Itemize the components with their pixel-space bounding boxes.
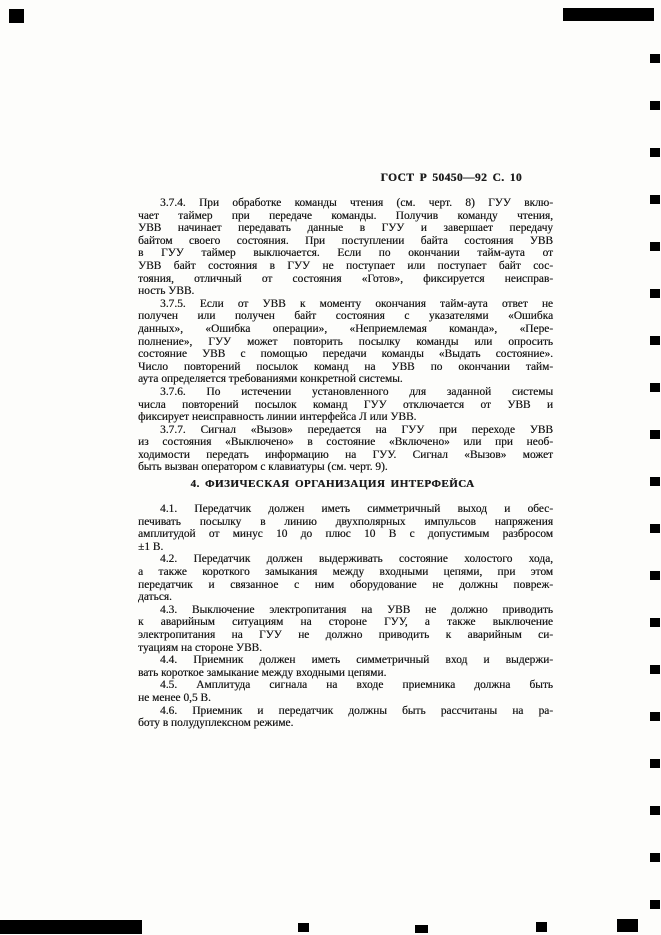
scan-mark (650, 853, 660, 862)
scan-mark (536, 922, 547, 932)
text-line: вать короткое замыкание между входными ц… (138, 667, 553, 680)
scan-mark (650, 101, 660, 110)
text-line: фиксирует неисправность линии интерфейса… (138, 411, 553, 424)
scan-mark (650, 430, 660, 439)
text-line: туациям на стороне УВВ. (138, 642, 553, 655)
paragraph-3.7.4: 3.7.4. При обработке команды чтения (см.… (138, 197, 553, 298)
text-line: полнение», ГУУ может повторить посылку к… (138, 336, 553, 349)
paragraph-3.7.6: 3.7.6. По истечении установленного для з… (138, 386, 553, 424)
scan-mark (650, 336, 660, 345)
text-line: ходимости передать информацию на ГУУ. Си… (138, 449, 553, 462)
scan-mark (650, 806, 660, 815)
paragraph-4.6: 4.6. Приемник и передатчик должны быть р… (138, 705, 553, 730)
text-line: даться. (138, 591, 553, 604)
text-line: аута определяется требованиями конкретно… (138, 373, 553, 386)
scan-mark (650, 195, 660, 204)
text-line: 3.7.4. При обработке команды чтения (см.… (138, 197, 553, 210)
scan-mark (650, 712, 660, 721)
scan-mark (650, 383, 660, 392)
text-line: боту в полудуплексном режиме. (138, 717, 553, 730)
text-line: чает таймер при передаче команды. Получи… (138, 210, 553, 223)
scan-mark (650, 618, 660, 627)
scan-mark (650, 289, 660, 298)
scan-mark (650, 477, 660, 486)
text-line: 4.1. Передатчик должен иметь симметричны… (138, 503, 553, 516)
text-line: быть вызван оператором с клавиатуры (см.… (138, 461, 553, 474)
page-header: ГОСТ Р 50450—92 С. 10 (138, 172, 553, 184)
text-line: из состояния «Выключено» в состояние «Вк… (138, 436, 553, 449)
scan-mark (0, 920, 142, 934)
text-line: передатчик и связанное с ним оборудовани… (138, 579, 553, 592)
text-line: числа повторений посылок команд ГУУ откл… (138, 399, 553, 412)
scan-mark (650, 148, 660, 157)
section-heading: 4. ФИЗИЧЕСКАЯ ОРГАНИЗАЦИЯ ИНТЕРФЕЙСА (138, 478, 553, 491)
text-line: 3.7.5. Если от УВВ к моменту окончания т… (138, 298, 553, 311)
text-line: 4.3. Выключение электропитания на УВВ не… (138, 604, 553, 617)
text-line: не менее 0,5 В. (138, 692, 553, 705)
text-line: данных», «Ошибка операции», «Неприемлема… (138, 323, 553, 336)
text-column: ГОСТ Р 50450—92 С. 10 3.7.4. При обработ… (138, 172, 553, 730)
text-line: 4.4. Приемник должен иметь симметричный … (138, 654, 553, 667)
text-line: состояние УВВ с помощью передачи команды… (138, 348, 553, 361)
text-line: амплитудой от минус 10 до плюс 10 В с до… (138, 528, 553, 541)
text-line: а также короткого замыкания между входны… (138, 566, 553, 579)
text-line: ±1 В. (138, 541, 553, 554)
document-body: 3.7.4. При обработке команды чтения (см.… (138, 197, 553, 730)
paragraph-4.1: 4.1. Передатчик должен иметь симметричны… (138, 503, 553, 553)
scan-mark (650, 900, 660, 909)
text-line: байтом своего состояния. При поступлении… (138, 235, 553, 248)
text-line: 4.5. Амплитуда сигнала на входе приемник… (138, 679, 553, 692)
text-line: 4.6. Приемник и передатчик должны быть р… (138, 705, 553, 718)
scan-mark (617, 919, 638, 932)
scan-mark (298, 923, 309, 932)
text-line: 4.2. Передатчик должен выдерживать состо… (138, 553, 553, 566)
scan-mark (9, 9, 24, 23)
paragraph-4.3: 4.3. Выключение электропитания на УВВ не… (138, 604, 553, 654)
document-page: ГОСТ Р 50450—92 С. 10 3.7.4. При обработ… (0, 0, 661, 935)
text-line: УВВ начинает передавать данные в ГУУ и з… (138, 222, 553, 235)
scan-mark (650, 242, 660, 251)
paragraph-4.2: 4.2. Передатчик должен выдерживать состо… (138, 553, 553, 603)
paragraph-3.7.5: 3.7.5. Если от УВВ к моменту окончания т… (138, 298, 553, 386)
text-line: электропитания на ГУУ не должно приводит… (138, 629, 553, 642)
paragraph-4.4: 4.4. Приемник должен иметь симметричный … (138, 654, 553, 679)
text-line: к аварийным ситуациям на стороне ГУУ, а … (138, 616, 553, 629)
scan-mark (650, 665, 660, 674)
text-line: 3.7.6. По истечении установленного для з… (138, 386, 553, 399)
text-line: в ГУУ таймер выключается. Если по оконча… (138, 247, 553, 260)
text-line: печивать посылку в линию двухполярных им… (138, 516, 553, 529)
text-line: ность УВВ. (138, 285, 553, 298)
paragraph-3.7.7: 3.7.7. Сигнал «Вызов» передается на ГУУ … (138, 424, 553, 474)
scan-mark (650, 571, 660, 580)
paragraph-4.5: 4.5. Амплитуда сигнала на входе приемник… (138, 679, 553, 704)
scan-mark (650, 524, 660, 533)
scan-mark (650, 54, 660, 63)
text-line: Число повторений посылок команд на УВВ п… (138, 361, 553, 374)
text-line: 3.7.7. Сигнал «Вызов» передается на ГУУ … (138, 424, 553, 437)
text-line: получен или получен байт состояния с ука… (138, 310, 553, 323)
scan-mark (415, 925, 428, 933)
scan-mark (563, 8, 654, 21)
text-line: УВВ байт состояния в ГУУ не поступает ил… (138, 260, 553, 273)
text-line: тояния, отличный от состояния «Готов», ф… (138, 273, 553, 286)
scan-mark (650, 759, 660, 768)
